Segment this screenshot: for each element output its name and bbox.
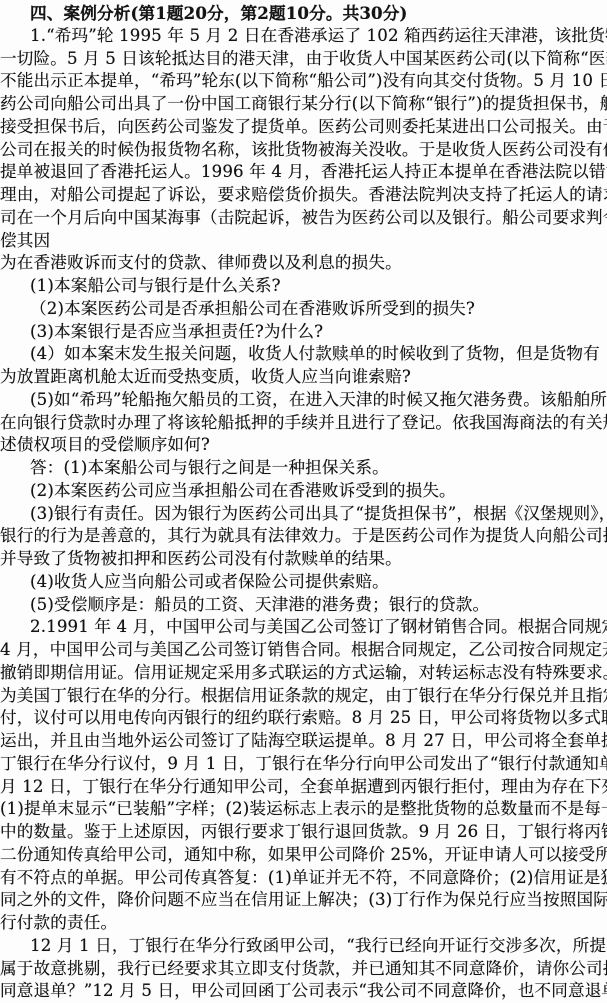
text-line: 不能出示正本提单，“希玛”轮东(以下简称“船公司”)没有向其交付货物。5 月 1…	[0, 70, 607, 93]
text-line: 述债权项目的受偿顺序如何?	[0, 434, 607, 457]
document-page: 四、案例分析(第1题20分，第2题10分。共30分)1.“希玛”轮 1995 年…	[0, 0, 607, 1003]
text-line: （2)本案医药公司是否承担船公司在香港败诉所受到的损失?	[0, 298, 607, 321]
text-line: 司在一个月后向中国某海事（击院起诉，被告为医药公司以及银行。船公司要求判令被告赔	[0, 207, 607, 230]
text-line: 理由，对船公司提起了诉讼，要求赔偿货价损失。香港法院判决支持了托运人的请求。船公	[0, 184, 607, 207]
text-line: 付，议付可以用电传向丙银行的纽约联行索赔。8 月 25 日，甲公司将货物以多式联…	[0, 707, 607, 730]
text-line: 同意退单？”12 月 5 日，甲公司回函丁公司表示“我公司不同意降价，也不同意退…	[0, 980, 607, 1003]
text-line: 接受担保书后，向医药公司鉴发了提货单。医药公司则委托某进出口公司报关。由于进出口	[0, 116, 607, 139]
text-line: 有不符点的单据。甲公司传真答复：(1)单证并无不符，不同意降价；(2)信用证是独…	[0, 867, 607, 890]
text-line: 答：(1)本案船公司与银行之间是一种担保关系。	[0, 457, 607, 480]
text-line: 4 月，中国甲公司与美国乙公司签订销售合同。根据合同规定，乙公司按合同规定开出不…	[0, 639, 607, 662]
text-line: 属于故意挑剔，我行已经要求其立即支付货款，并已通知其不同意降价，请你公司指示是否	[0, 958, 607, 981]
text-line: (3)本案银行是否应当承担责任?为什么?	[0, 321, 607, 344]
text-line: 2.1991 年 4 月，中国甲公司与美国乙公司签订了钢材销售合同。根据合同规定…	[0, 616, 607, 639]
text-line: 公司在报关的时候伪报货物名称，该批货物被海关没收。于是收货人医药公司没有付款赎单…	[0, 139, 607, 162]
text-line: 撤销即期信用证。信用证规定采用多式联运的方式运输，对转运标志没有特殊要求。通知行	[0, 662, 607, 685]
text-line: (5)如“希玛”轮船拖欠船员的工资，在进入天津的时候又拖欠港务费。该船舶所有人	[0, 389, 607, 412]
text-line: 同之外的文件，降价问题不应当在信用证上解决；(3)丁行作为保兑行应当按照国际惯例…	[0, 889, 607, 912]
text-line: (5)受偿顺序是：船员的工资、天津港的港务费；银行的贷款。	[0, 594, 607, 617]
text-line: 二份通知传真给甲公司，通知中称，如果甲公司降价 25%，开证申请人可以接受所提交…	[0, 844, 607, 867]
text-line: (4)收货人应当向船公司或者保险公司提供索赔。	[0, 571, 607, 594]
text-line: 1.“希玛”轮 1995 年 5 月 2 日在香港承运了 102 箱西药运往天津…	[0, 25, 607, 48]
text-line: 偿其因	[0, 230, 607, 253]
text-line: 提单被退回了香港托运人。1996 年 4 月，香港托运人持正本提单在香港法院以错…	[0, 161, 607, 184]
text-line: 为在香港败诉而支付的贷款、律师费以及利息的损失。	[0, 252, 607, 275]
text-line: 银行的行为是善意的，其行为就具有法律效力。于是医药公司作为提货人向船公司提取货物…	[0, 525, 607, 548]
text-line: 中的数量。鉴于上述原因，丙银行要求丁银行退回货款。9 月 26 日，丁银行将丙银…	[0, 821, 607, 844]
text-line: (3)银行有责任。因为银行为医药公司出具了“提货担保书”，根据《汉堡规则》，只要	[0, 503, 607, 526]
text-line: 行付款的责任。	[0, 912, 607, 935]
text-line: 为放置距离机舱太近而受热变质，收货人应当向谁索赔?	[0, 366, 607, 389]
text-line: 并导致了货物被扣押和医药公司没有付款赎单的结果。	[0, 548, 607, 571]
text-line: 12 月 1 日，丁银行在华分行致函甲公司，“我行已经向开证行交涉多次，所提不符…	[0, 935, 607, 958]
text-line: 月 12 日，丁银行在华分行通知甲公司，全套单据遭到丙银行拒付，理由为存在下列不…	[0, 776, 607, 799]
text-line: 丁银行在华分行议付，9 月 1 日，丁银行在华分行向甲公司发出了“银行付款通知单…	[0, 753, 607, 776]
text-line: (1)提单末显示“已装船”字样；(2)装运标志上表示的是整批货物的总数量而不是每…	[0, 798, 607, 821]
text-line: (1)本案船公司与银行是什么关系?	[0, 275, 607, 298]
text-line: 药公司向船公司出具了一份中国工商银行某分行(以下简称“银行”)的提货担保书，船公…	[0, 93, 607, 116]
text-line: (4）如本案末发生报关问题，收货人付款赎单的时候收到了货物，但是货物有 12 箱…	[0, 343, 607, 366]
text-line: 一切险。5 月 5 日该轮抵达目的港天津，由于收货人中国某医药公司(以下简称“医…	[0, 48, 607, 71]
text-line: 为美国丁银行在华的分行。根据信用证条款的规定，由丁银行在华分行保兑并且指定该行议	[0, 685, 607, 708]
text-line: 在向银行贷款时办理了将该轮船抵押的手续并且进行了登记。依我国海商法的有关规定，上	[0, 412, 607, 435]
text-line: (2)本案医药公司应当承担船公司在香港败诉受到的损失。	[0, 480, 607, 503]
text-line: 运出，并且由当地外运公司签订了陆海空联运提单。8 月 27 日，甲公司将全套单据…	[0, 730, 607, 753]
section-title: 四、案例分析(第1题20分，第2题10分。共30分)	[0, 2, 607, 25]
